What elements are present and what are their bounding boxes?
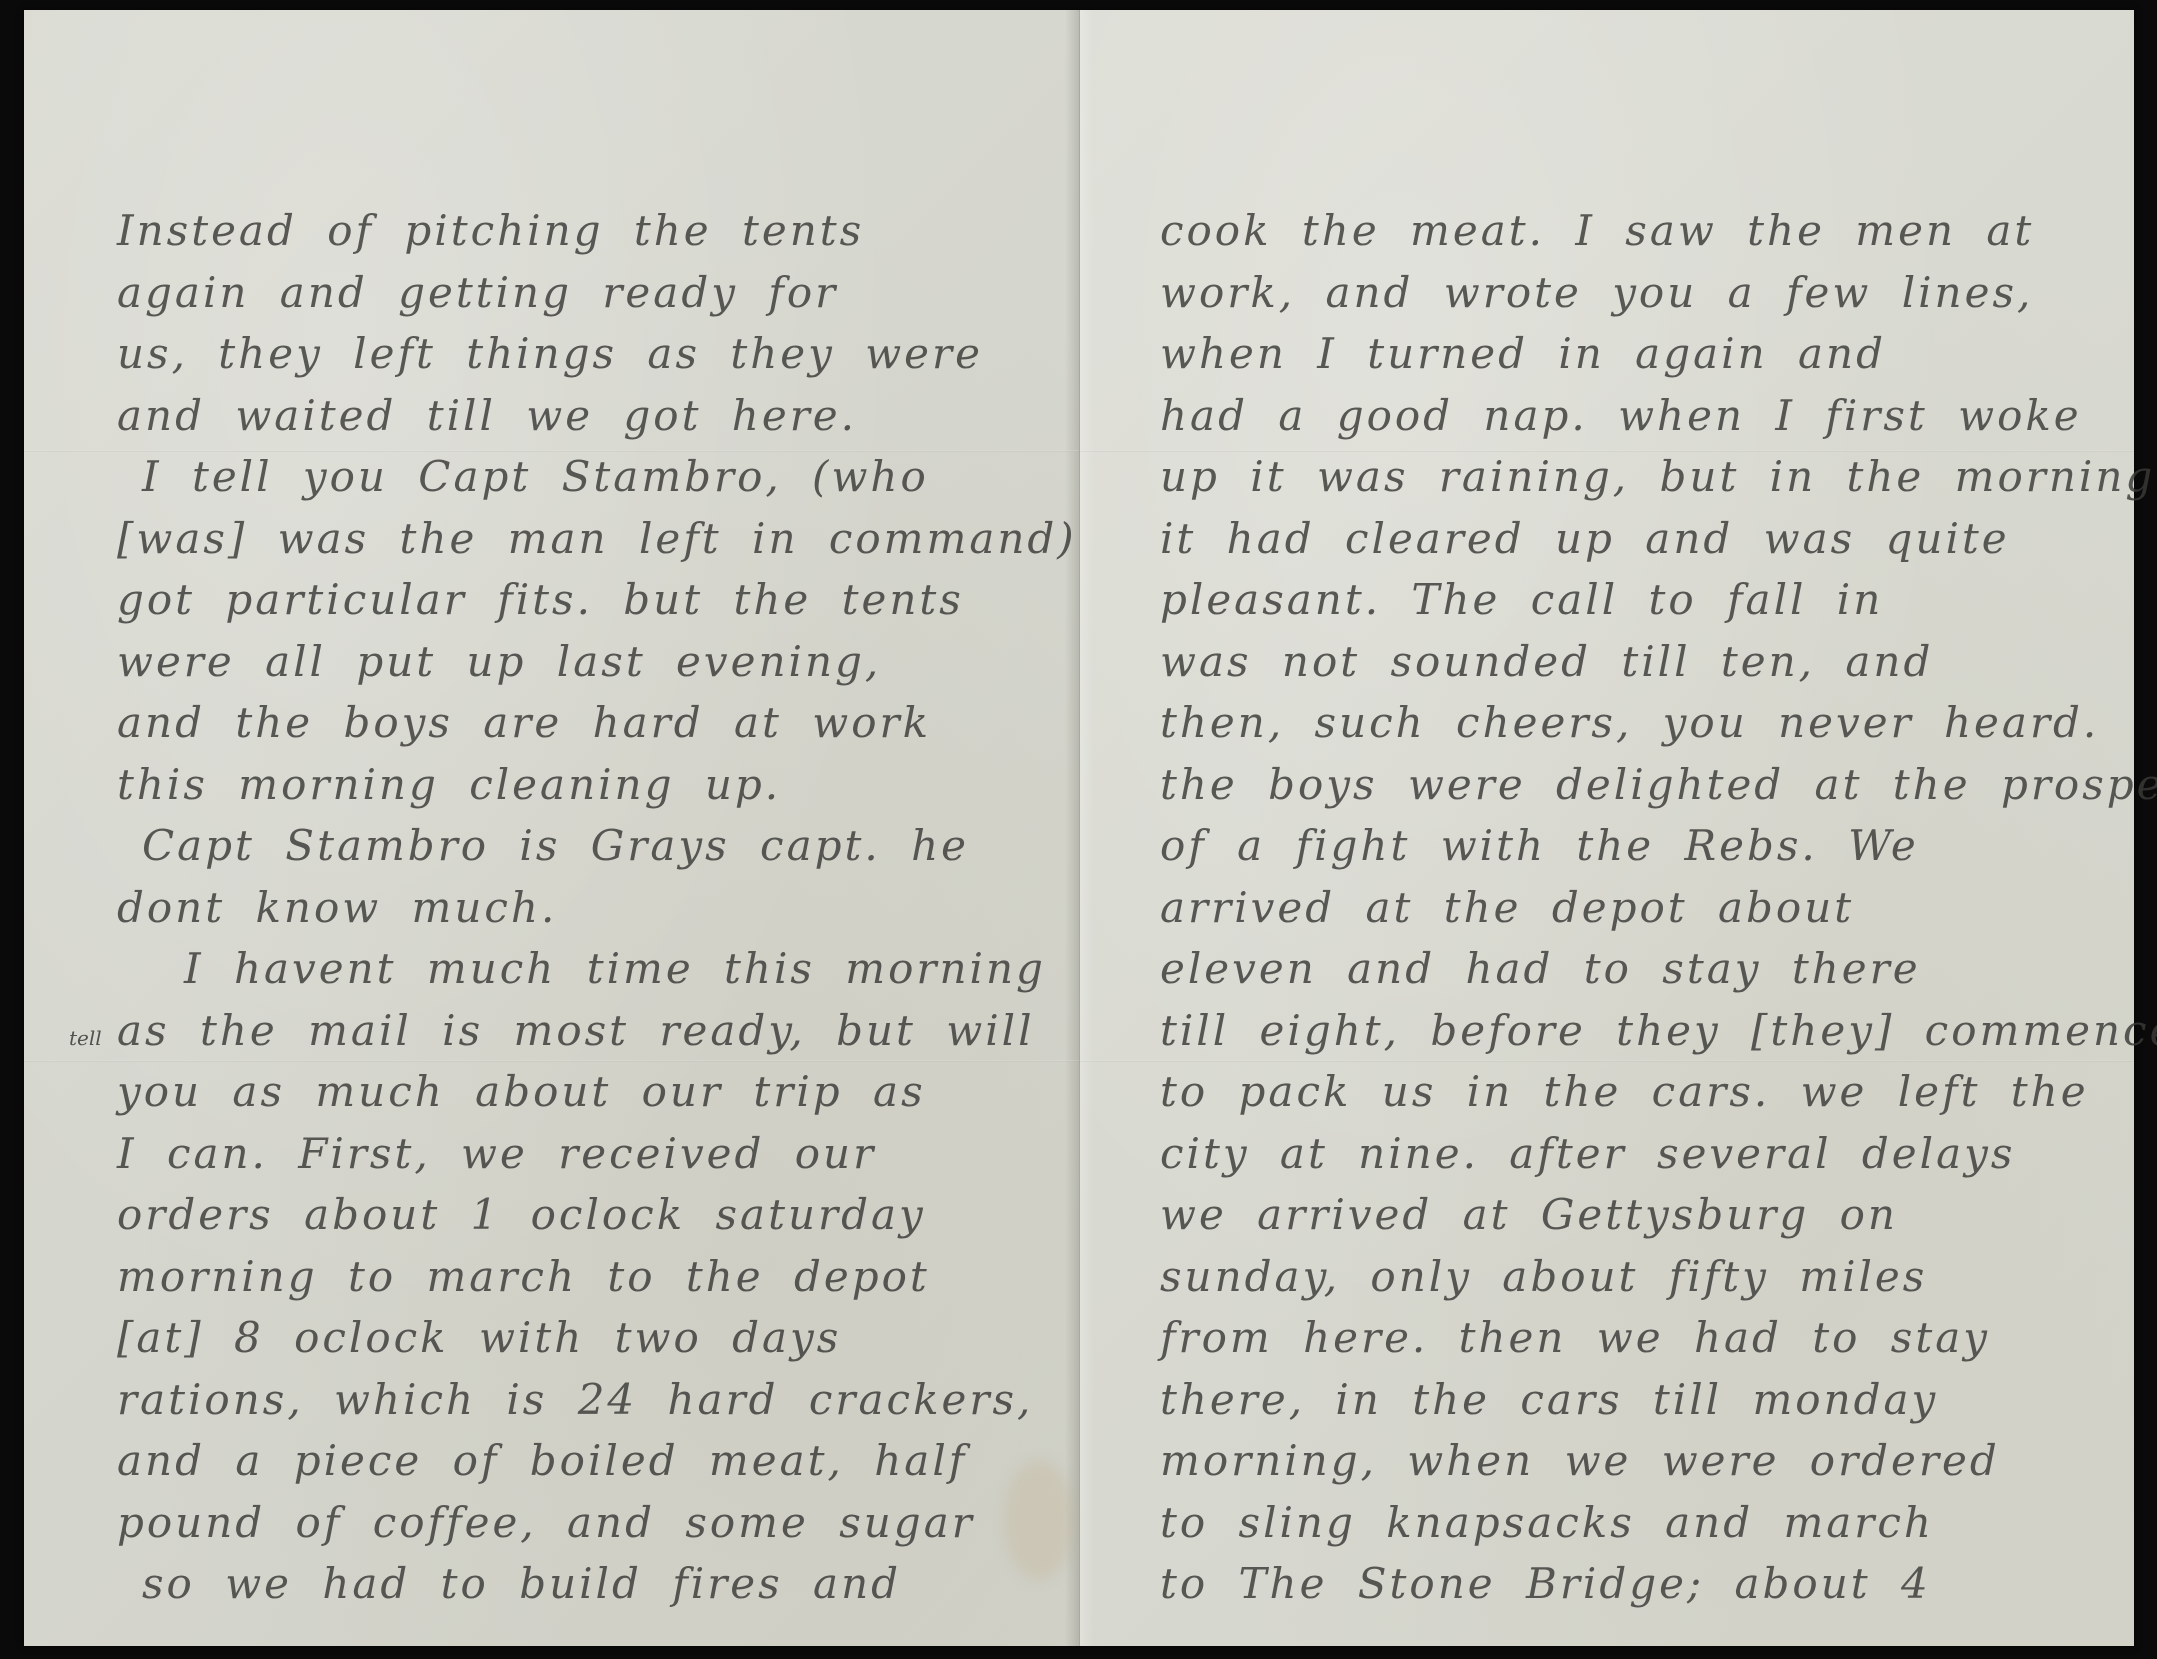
handwritten-line: work, and wrote you a few lines, bbox=[1080, 262, 2134, 324]
handwritten-lines-right: cook the meat. I saw the men at work, an… bbox=[1080, 200, 2134, 1615]
handwritten-line: up it was raining, but in the morning bbox=[1080, 446, 2134, 508]
handwritten-line: from here. then we had to stay bbox=[1080, 1307, 2134, 1369]
handwritten-line: cook the meat. I saw the men at bbox=[1080, 200, 2134, 262]
handwritten-line: then, such cheers, you never heard. bbox=[1080, 692, 2134, 754]
handwritten-line: when I turned in again and bbox=[1080, 323, 2134, 385]
handwritten-line: you as much about our trip as bbox=[24, 1061, 1079, 1123]
handwritten-line: got particular fits. but the tents bbox=[24, 569, 1079, 631]
handwritten-line: rations, which is 24 hard crackers, bbox=[24, 1369, 1079, 1431]
handwritten-line: pleasant. The call to fall in bbox=[1080, 569, 2134, 631]
letter-page-right: cook the meat. I saw the men at work, an… bbox=[1080, 10, 2134, 1646]
handwritten-line: and a piece of boiled meat, half bbox=[24, 1430, 1079, 1492]
handwritten-line: to The Stone Bridge; about 4 bbox=[1080, 1553, 2134, 1615]
handwritten-line: Instead of pitching the tents bbox=[24, 200, 1079, 262]
handwritten-lines-left: Instead of pitching the tents again and … bbox=[24, 200, 1079, 1615]
handwritten-line: us, they left things as they were bbox=[24, 323, 1079, 385]
handwritten-line: I tell you Capt Stambro, (who bbox=[24, 446, 1079, 508]
handwritten-line: arrived at the depot about bbox=[1080, 877, 2134, 939]
handwritten-line: we arrived at Gettysburg on bbox=[1080, 1184, 2134, 1246]
handwritten-line: orders about 1 oclock saturday bbox=[24, 1184, 1079, 1246]
handwritten-line: pound of coffee, and some sugar bbox=[24, 1492, 1079, 1554]
handwritten-line: was not sounded till ten, and bbox=[1080, 631, 2134, 693]
handwritten-line: were all put up last evening, bbox=[24, 631, 1079, 693]
letter-sheet: tell Instead of pitching the tents again… bbox=[24, 10, 2134, 1646]
handwritten-line: sunday, only about fifty miles bbox=[1080, 1246, 2134, 1308]
handwritten-line: again and getting ready for bbox=[24, 262, 1079, 324]
handwritten-line: eleven and had to stay there bbox=[1080, 938, 2134, 1000]
handwritten-line: city at nine. after several delays bbox=[1080, 1123, 2134, 1185]
handwritten-line: morning to march to the depot bbox=[24, 1246, 1079, 1308]
handwritten-line: the boys were delighted at the prospect bbox=[1080, 754, 2134, 816]
handwritten-line: had a good nap. when I first woke bbox=[1080, 385, 2134, 447]
handwritten-line: Capt Stambro is Grays capt. he bbox=[24, 815, 1079, 877]
handwritten-line: and the boys are hard at work bbox=[24, 692, 1079, 754]
handwritten-line: till eight, before they [they] commenced bbox=[1080, 1000, 2134, 1062]
handwritten-line: of a fight with the Rebs. We bbox=[1080, 815, 2134, 877]
handwritten-line: to pack us in the cars. we left the bbox=[1080, 1061, 2134, 1123]
handwritten-line: morning, when we were ordered bbox=[1080, 1430, 2134, 1492]
handwritten-line: I can. First, we received our bbox=[24, 1123, 1079, 1185]
letter-page-left: tell Instead of pitching the tents again… bbox=[24, 10, 1080, 1646]
handwritten-line: there, in the cars till monday bbox=[1080, 1369, 2134, 1431]
handwritten-line: I havent much time this morning bbox=[24, 938, 1079, 1000]
handwritten-line: dont know much. bbox=[24, 877, 1079, 939]
handwritten-line: so we had to build fires and bbox=[24, 1553, 1079, 1615]
handwritten-line: and waited till we got here. bbox=[24, 385, 1079, 447]
handwritten-line: as the mail is most ready, but will bbox=[24, 1000, 1079, 1062]
handwritten-line: this morning cleaning up. bbox=[24, 754, 1079, 816]
handwritten-line: [was] was the man left in command) bbox=[24, 508, 1079, 570]
handwritten-line: it had cleared up and was quite bbox=[1080, 508, 2134, 570]
handwritten-line: [at] 8 oclock with two days bbox=[24, 1307, 1079, 1369]
handwritten-line: to sling knapsacks and march bbox=[1080, 1492, 2134, 1554]
